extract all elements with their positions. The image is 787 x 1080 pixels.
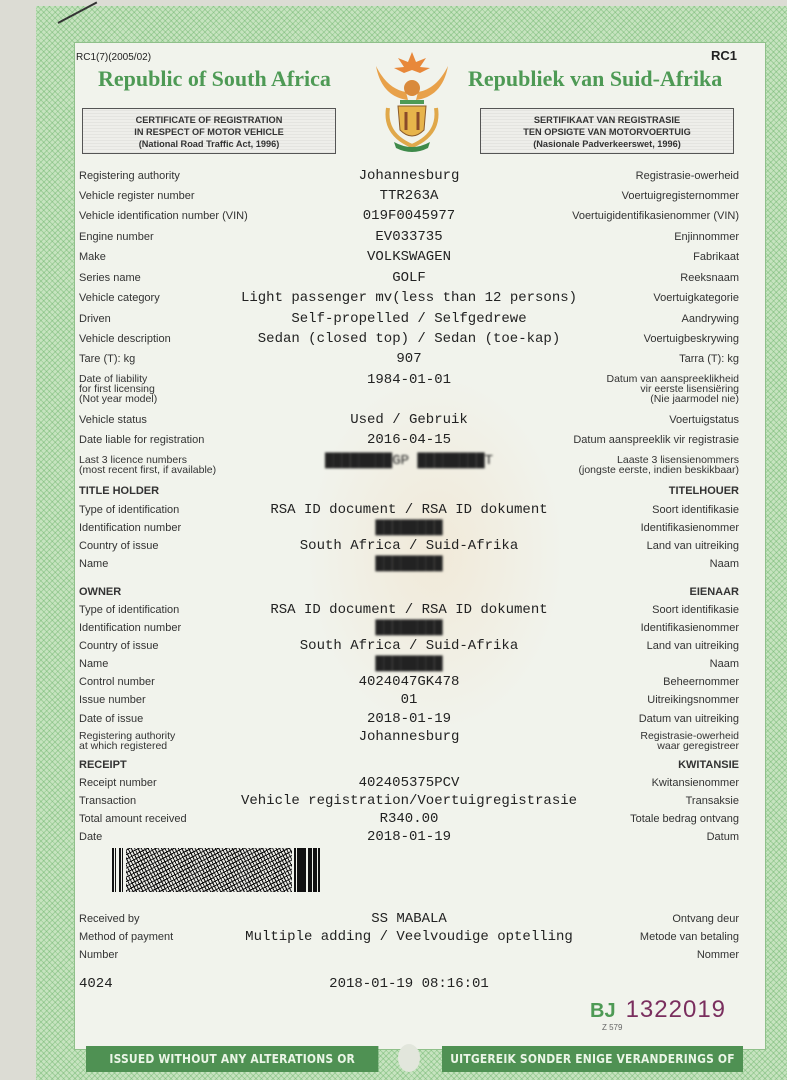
title-afrikaans: Republiek van Suid-Afrika xyxy=(468,66,722,92)
field-label-af: Datum van uitreiking xyxy=(639,713,739,725)
field-label-af: Soort identifikasie xyxy=(652,504,739,516)
field-label-af: Totale bedrag ontvang xyxy=(630,813,739,825)
cert-line: TEN OPSIGTE VAN MOTORVOERTUIG xyxy=(481,126,733,138)
field-row: Type of identification RSA ID document /… xyxy=(79,502,739,520)
field-value: Light passenger mv(less than 12 persons) xyxy=(79,290,739,306)
field-value: ████████ xyxy=(79,656,739,672)
field-label-af: Datum aanspreeklik vir registrasie xyxy=(573,434,739,446)
field-row: Control number 4024047GK478 Beheernommer xyxy=(79,674,739,692)
field-value: Self-propelled / Selfgedrewe xyxy=(79,311,739,327)
field-value: GOLF xyxy=(79,270,739,286)
coat-of-arms-icon xyxy=(370,48,454,154)
terminal-row: 4024 2018-01-19 08:16:01 xyxy=(79,976,739,994)
field-value: South Africa / Suid-Afrika xyxy=(79,538,739,554)
field-value: RSA ID document / RSA ID dokument xyxy=(79,502,739,518)
field-label-af: Ontvang deur xyxy=(672,913,739,925)
field-label-af: Voertuigregisternommer xyxy=(622,190,739,202)
footer-banner-afrikaans: UITGEREIK SONDER ENIGE VERANDERINGS OF U… xyxy=(442,1046,743,1072)
form-id: RC1 xyxy=(711,48,737,63)
field-row: Name ████████ Naam xyxy=(79,656,739,674)
field-label-af: Voertuigbeskrywing xyxy=(644,333,739,345)
barcode-data xyxy=(126,848,292,892)
section-heading-title-holder: TITLE HOLDER TITELHOUER xyxy=(79,483,739,501)
emblem-watermark xyxy=(398,1044,420,1072)
field-row: Date of issue 2018-01-19 Datum van uitre… xyxy=(79,711,739,729)
field-row: Type of identification RSA ID document /… xyxy=(79,602,739,620)
field-row: Identification number ████████ Identifik… xyxy=(79,520,739,538)
barcode-stop xyxy=(298,848,320,892)
field-label-af: Naam xyxy=(710,658,739,670)
serial-code: Z 579 xyxy=(602,1023,622,1032)
field-label-af: Registrasie-owerheid xyxy=(636,170,739,182)
field-label-af: Datum xyxy=(707,831,739,843)
field-row: Vehicle category Light passenger mv(less… xyxy=(79,290,739,308)
field-value: 4024047GK478 xyxy=(79,674,739,690)
field-label-af: Transaksie xyxy=(686,795,739,807)
serial-number: BJ1322019 xyxy=(590,996,726,1024)
field-label-af: Kwitansienommer xyxy=(652,777,739,789)
field-label-af: Voertuigkategorie xyxy=(653,292,739,304)
certificate-box-afrikaans: SERTIFIKAAT VAN REGISTRASIE TEN OPSIGTE … xyxy=(480,108,734,154)
field-label-af: Metode van betaling xyxy=(640,931,739,943)
field-label-af: Enjinnommer xyxy=(674,231,739,243)
field-row: Received by SS MABALA Ontvang deur xyxy=(79,911,739,929)
field-row: Make VOLKSWAGEN Fabrikaat xyxy=(79,249,739,267)
field-row: Tare (T): kg 907 Tarra (T): kg xyxy=(79,351,739,369)
section-heading: RECEIPT xyxy=(79,759,127,771)
field-value: RSA ID document / RSA ID dokument xyxy=(79,602,739,618)
field-label-af: Voertuigidentifikasienommer (VIN) xyxy=(572,210,739,222)
field-row: Engine number EV033735 Enjinnommer xyxy=(79,229,739,247)
field-row: Name ████████ Naam xyxy=(79,556,739,574)
field-row: Country of issue South Africa / Suid-Afr… xyxy=(79,538,739,556)
field-value: 01 xyxy=(79,692,739,708)
section-heading-owner: OWNER EIENAAR xyxy=(79,584,739,602)
field-label: Number xyxy=(79,949,118,961)
field-label-af: Reeksnaam xyxy=(680,272,739,284)
field-label-af: Laaste 3 lisensienommers(jongste eerste,… xyxy=(578,455,739,475)
field-label-af: Land van uitreiking xyxy=(647,640,739,652)
cert-line: SERTIFIKAAT VAN REGISTRASIE xyxy=(481,114,733,126)
title-english: Republic of South Africa xyxy=(98,66,331,92)
field-row: Identification number ████████ Identifik… xyxy=(79,620,739,638)
section-heading-af: TITELHOUER xyxy=(669,485,739,497)
field-value: SS MABALA xyxy=(79,911,739,927)
timestamp: 2018-01-19 08:16:01 xyxy=(79,976,739,992)
cert-line: IN RESPECT OF MOTOR VEHICLE xyxy=(83,126,335,138)
field-row: Issue number 01 Uitreikingsnommer xyxy=(79,692,739,710)
field-label-af: Identifikasienommer xyxy=(641,622,739,634)
cert-line: CERTIFICATE OF REGISTRATION xyxy=(83,114,335,126)
field-row: Transaction Vehicle registration/Voertui… xyxy=(79,793,739,811)
certificate-box-english: CERTIFICATE OF REGISTRATION IN RESPECT O… xyxy=(82,108,336,154)
pdf417-barcode xyxy=(112,848,320,892)
field-row: Vehicle identification number (VIN) 019F… xyxy=(79,208,739,226)
section-heading: TITLE HOLDER xyxy=(79,485,159,497)
field-value: South Africa / Suid-Afrika xyxy=(79,638,739,654)
field-row: Country of issue South Africa / Suid-Afr… xyxy=(79,638,739,656)
field-row: Registering authorityat which registered… xyxy=(79,729,739,747)
field-value: EV033735 xyxy=(79,229,739,245)
field-label-af: Soort identifikasie xyxy=(652,604,739,616)
field-label-af: Tarra (T): kg xyxy=(679,353,739,365)
field-row: Method of payment Multiple adding / Veel… xyxy=(79,929,739,947)
field-value: 907 xyxy=(79,351,739,367)
field-label-af: Identifikasienommer xyxy=(641,522,739,534)
field-row: Registering authority Johannesburg Regis… xyxy=(79,168,739,186)
field-label-af: Registrasie-owerheidwaar geregistreer xyxy=(640,731,739,751)
field-label-af: Datum van aanspreeklikheidvir eerste lis… xyxy=(607,374,740,404)
field-label-af: Uitreikingsnommer xyxy=(647,694,739,706)
field-row: Date liable for registration 2016-04-15 … xyxy=(79,432,739,450)
field-row: Driven Self-propelled / Selfgedrewe Aand… xyxy=(79,311,739,329)
field-row: Vehicle register number TTR263A Voertuig… xyxy=(79,188,739,206)
cert-line: (Nasionale Padverkeerswet, 1996) xyxy=(481,138,733,150)
cert-line: (National Road Traffic Act, 1996) xyxy=(83,138,335,150)
field-row: Series name GOLF Reeksnaam xyxy=(79,270,739,288)
field-row: Receipt number 402405375PCV Kwitansienom… xyxy=(79,775,739,793)
field-label-af: Aandrywing xyxy=(682,313,739,325)
serial-prefix: BJ xyxy=(590,1000,616,1022)
field-row: Total amount received R340.00 Totale bed… xyxy=(79,811,739,829)
field-label-af: Naam xyxy=(710,558,739,570)
section-heading-af: KWITANSIE xyxy=(678,759,739,771)
field-value: VOLKSWAGEN xyxy=(79,249,739,265)
field-value: Vehicle registration/Voertuigregistrasie xyxy=(79,793,739,809)
section-heading-af: EIENAAR xyxy=(689,586,739,598)
field-label-af: Fabrikaat xyxy=(693,251,739,263)
field-row: Number Nommer xyxy=(79,947,739,965)
field-row: Date of liabilityfor first licensing(Not… xyxy=(79,372,739,390)
section-heading: OWNER xyxy=(79,586,121,598)
field-value: Sedan (closed top) / Sedan (toe-kap) xyxy=(79,331,739,347)
field-label-af: Beheernommer xyxy=(663,676,739,688)
field-row: Last 3 licence numbers(most recent first… xyxy=(79,453,739,471)
field-row: Vehicle status Used / Gebruik Voertuigst… xyxy=(79,412,739,430)
field-value: 2018-01-19 xyxy=(79,829,739,845)
field-value: Used / Gebruik xyxy=(79,412,739,428)
field-label-af: Voertuigstatus xyxy=(669,414,739,426)
section-heading-receipt: RECEIPT KWITANSIE xyxy=(79,757,739,775)
serial-digits: 1322019 xyxy=(626,996,726,1023)
field-row: Date 2018-01-19 Datum xyxy=(79,829,739,847)
field-label-af: Land van uitreiking xyxy=(647,540,739,552)
field-label-af: Nommer xyxy=(697,949,739,961)
field-row: Vehicle description Sedan (closed top) /… xyxy=(79,331,739,349)
field-value: ████████ xyxy=(79,556,739,572)
field-value: 402405375PCV xyxy=(79,775,739,791)
footer-banner-english: ISSUED WITHOUT ANY ALTERATIONS OR ERASUR… xyxy=(86,1046,378,1072)
form-code: RC1(7)(2005/02) xyxy=(76,52,151,63)
